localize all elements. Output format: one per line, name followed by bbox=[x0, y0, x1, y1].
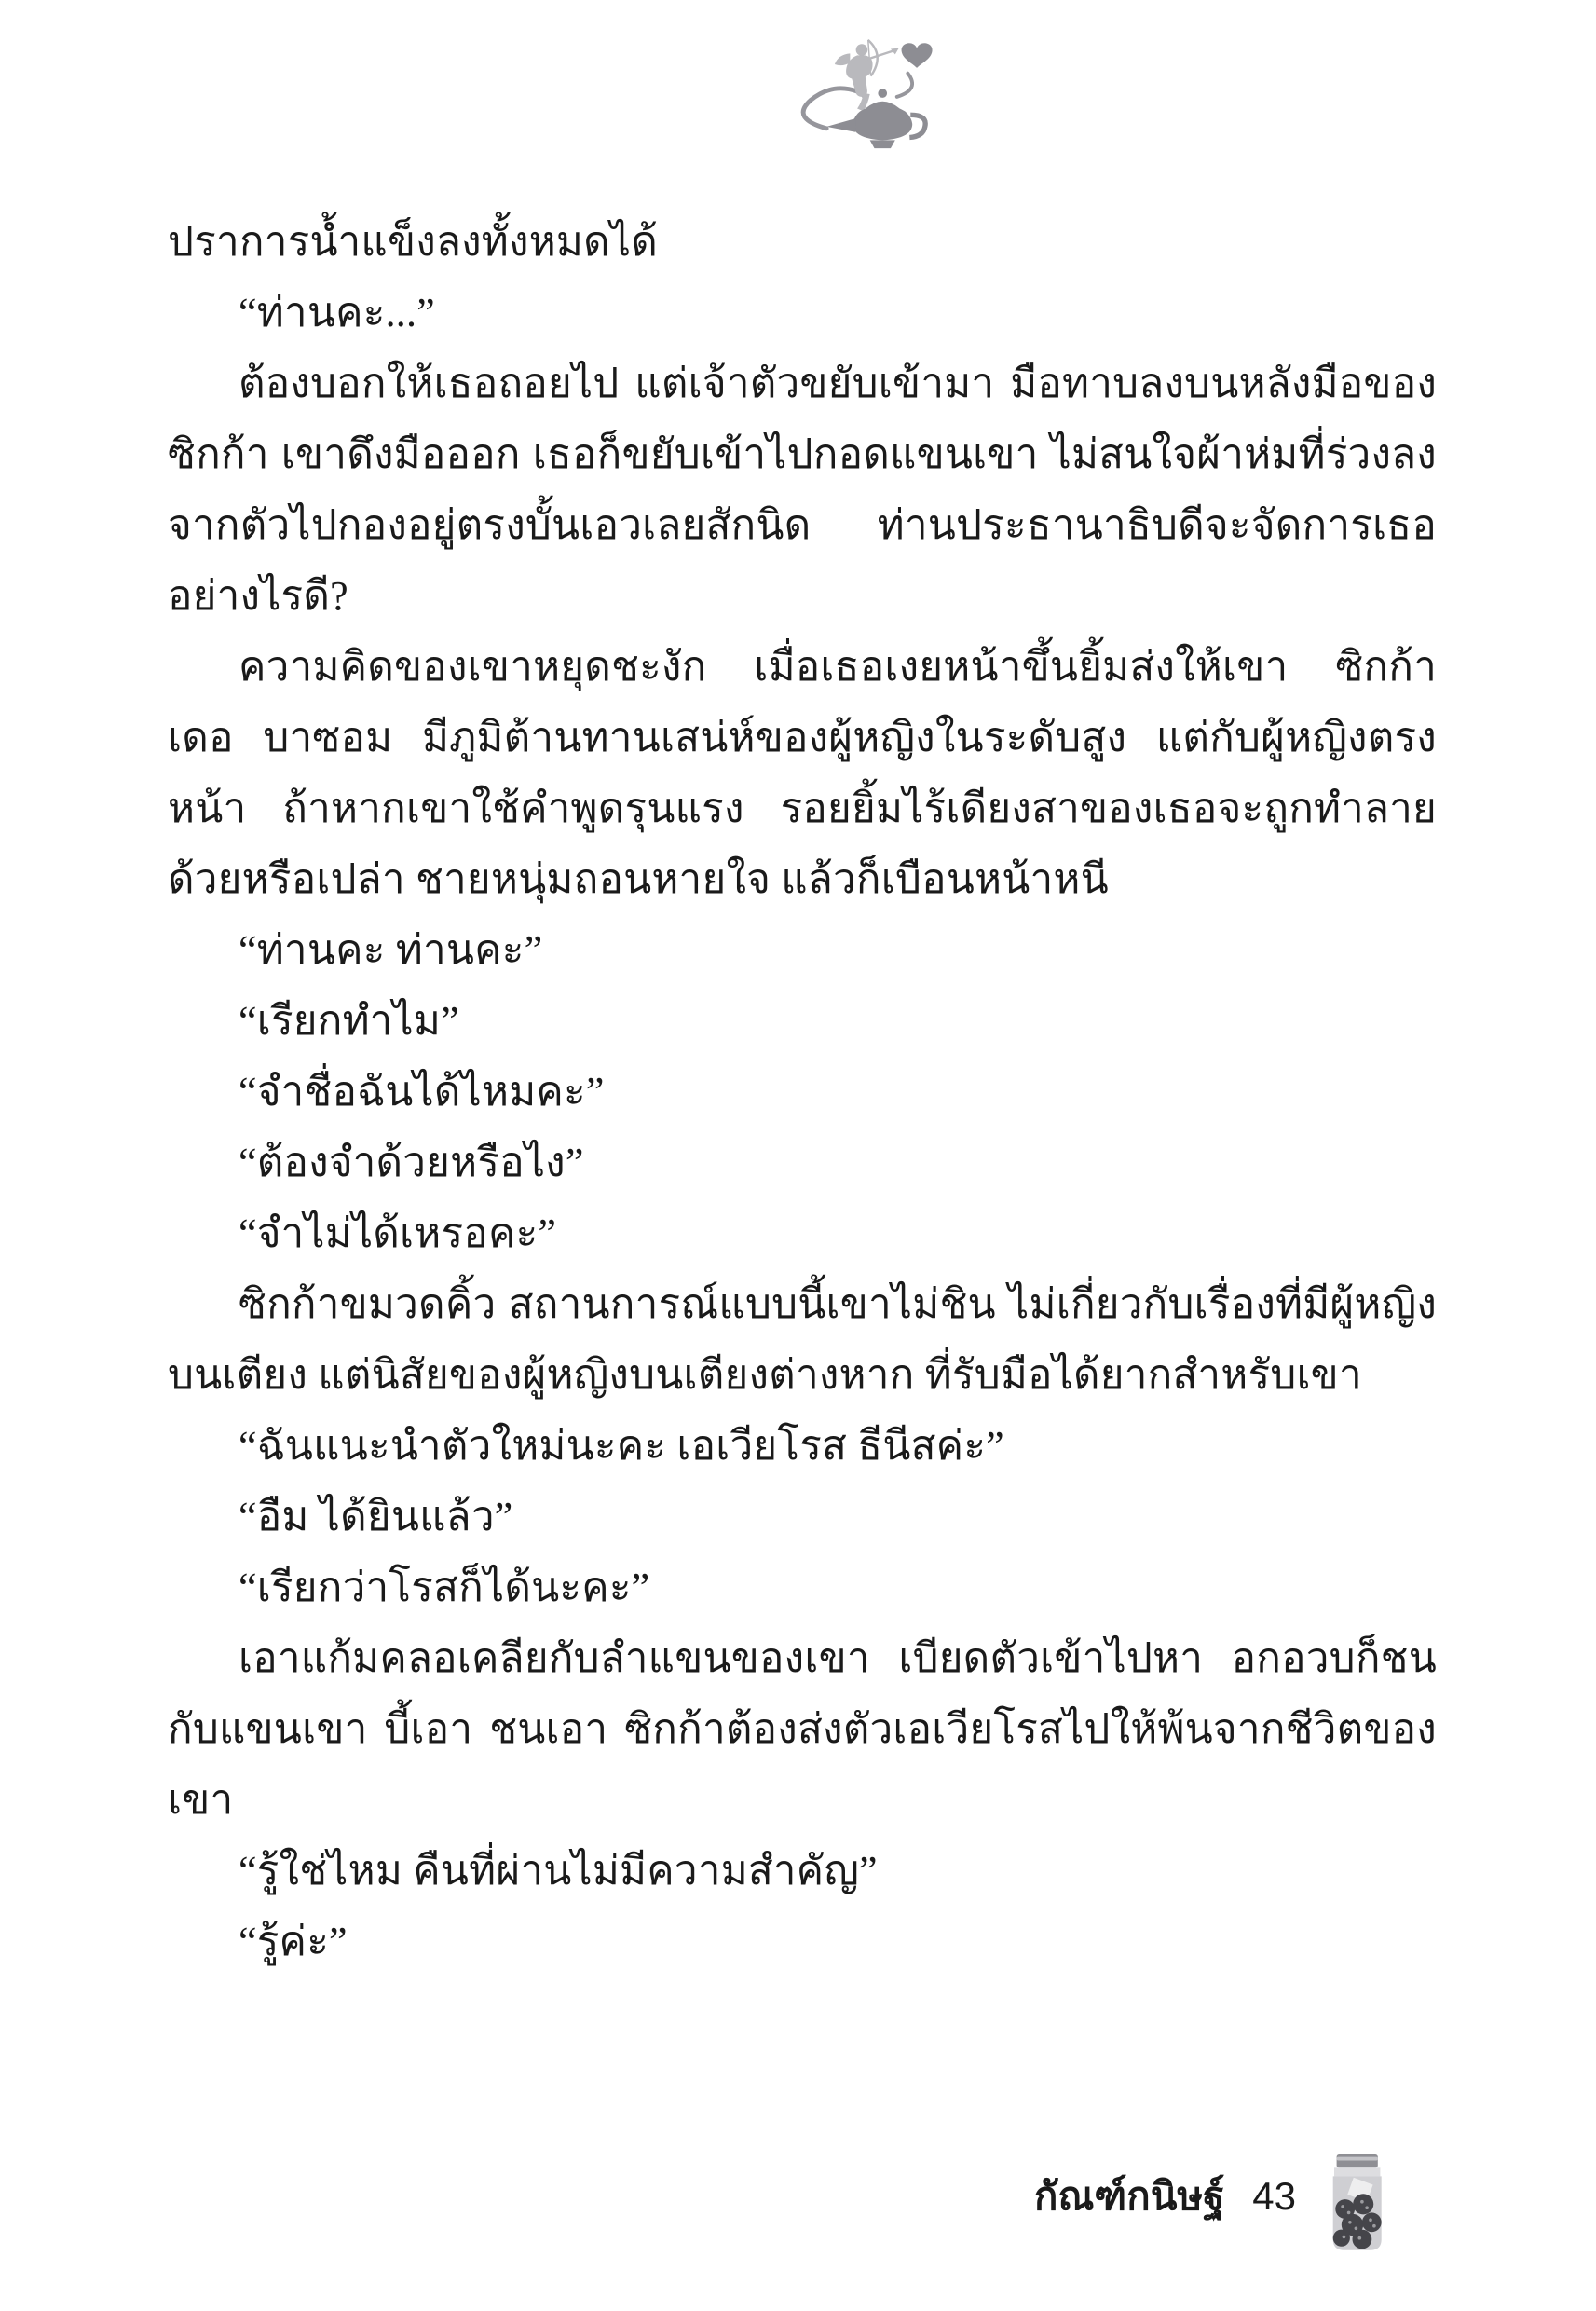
dialog-line: “รู้ค่ะ” bbox=[168, 1907, 1437, 1977]
footer-book-title: กัณฑ์กนิษฐ์ bbox=[1034, 2178, 1224, 2217]
cookie-jar-image bbox=[1322, 2153, 1395, 2253]
dialog-line: “ต้องจำด้วยหรือไง” bbox=[168, 1128, 1437, 1198]
paragraph: ความคิดของเขาหยุดชะงัก เมื่อเธอเงยหน้าขึ… bbox=[168, 632, 1437, 915]
paragraph: ต้องบอกให้เธอถอยไป แต่เจ้าตัวขยับเข้ามา … bbox=[168, 349, 1437, 632]
book-page: ปราการน้ำแข็งลงทั้งหมดได้“ท่านคะ...”ต้อง… bbox=[0, 0, 1596, 2311]
cupid-lamp-ornament-icon bbox=[771, 35, 948, 153]
paragraph: ซิกก้าขมวดคิ้ว สถานการณ์แบบนี้เขาไม่ชิน … bbox=[168, 1269, 1437, 1411]
dialog-line: “อืม ได้ยินแล้ว” bbox=[168, 1482, 1437, 1552]
page-number: 43 bbox=[1252, 2177, 1296, 2216]
paragraph: เอาแก้มคลอเคลียกับลำแขนของเขา เบียดตัวเข… bbox=[168, 1623, 1437, 1836]
dialog-line: “จำชื่อฉันได้ไหมคะ” bbox=[168, 1057, 1437, 1128]
cupid-lamp-ornament-graphic bbox=[771, 35, 948, 153]
cookie-jar-graphic bbox=[1322, 2153, 1395, 2253]
dialog-line: “จำไม่ได้เหรอคะ” bbox=[168, 1198, 1437, 1269]
dialog-line: “ท่านคะ ท่านคะ” bbox=[168, 915, 1437, 986]
dialog-line: “เรียกว่าโรสก็ได้นะคะ” bbox=[168, 1552, 1437, 1623]
footer-text: กัณฑ์กนิษฐ์ 43 bbox=[1034, 2177, 1296, 2230]
dialog-line: “ฉันแนะนำตัวใหม่นะคะ เอเวียโรส ธีนีสค่ะ” bbox=[168, 1411, 1437, 1482]
page-footer: กัณฑ์กนิษฐ์ 43 bbox=[1034, 2153, 1395, 2253]
dialog-line: “รู้ใช่ไหม คืนที่ผ่านไม่มีความสำคัญ” bbox=[168, 1836, 1437, 1907]
paragraph: ปราการน้ำแข็งลงทั้งหมดได้ bbox=[168, 207, 1437, 278]
page-body-text: ปราการน้ำแข็งลงทั้งหมดได้“ท่านคะ...”ต้อง… bbox=[168, 207, 1437, 1977]
dialog-line: “เรียกทำไม” bbox=[168, 986, 1437, 1057]
dialog-line: “ท่านคะ...” bbox=[168, 278, 1437, 349]
